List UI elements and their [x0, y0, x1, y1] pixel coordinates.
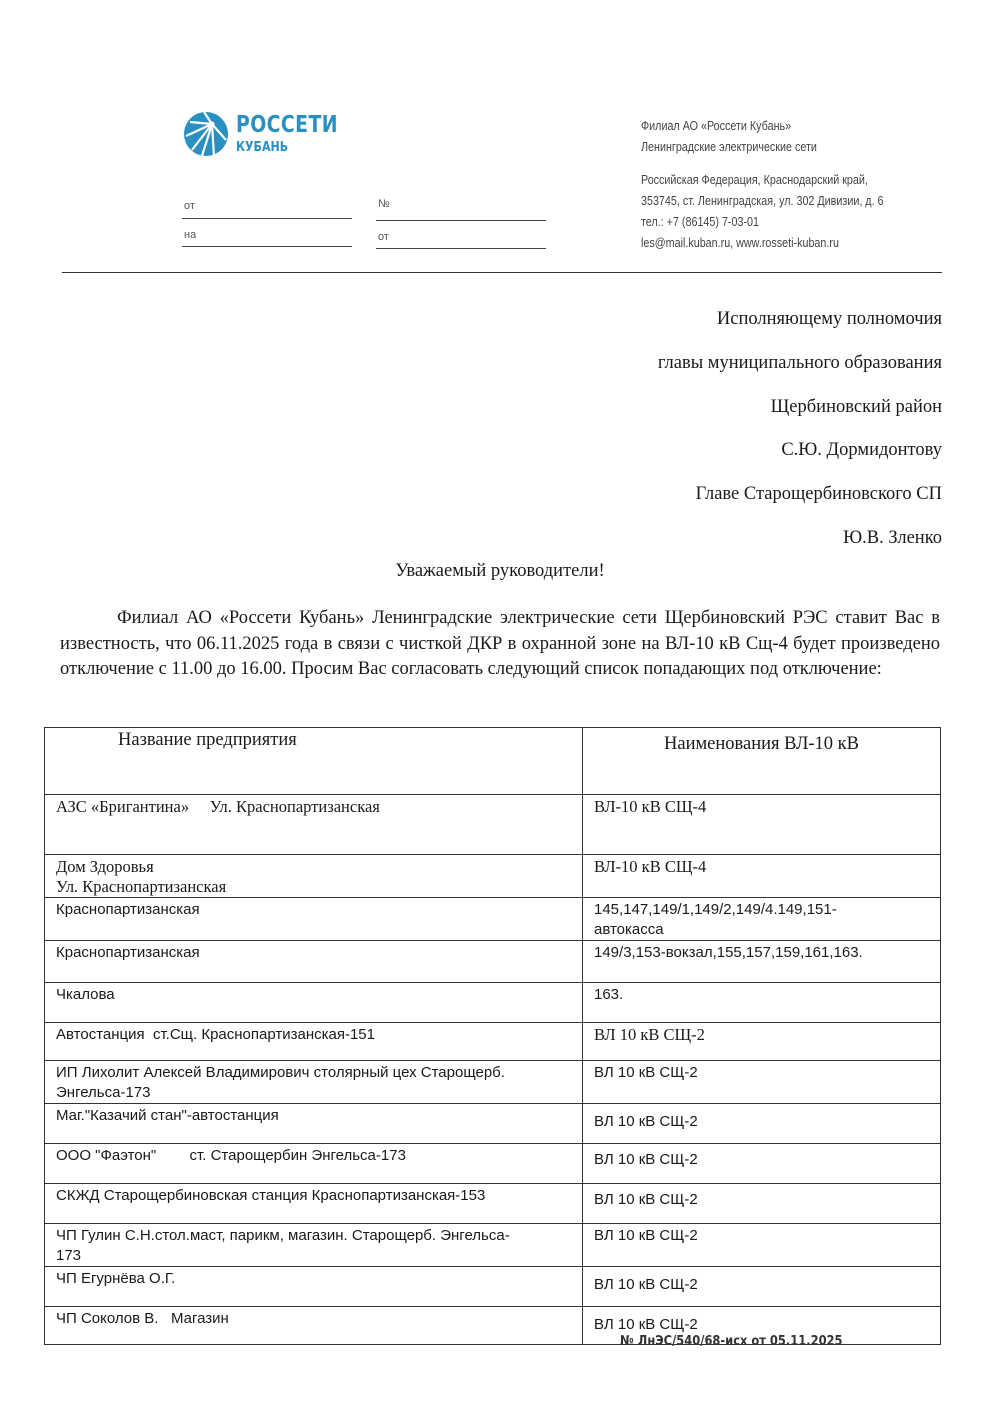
addressee-line: Щербиновский район	[658, 386, 942, 430]
cell-line: ВЛ 10 кВ СЩ-2	[583, 1144, 941, 1184]
org-address-1: Российская Федерация, Краснодарский край…	[641, 170, 884, 191]
cell-enterprise-line2: 173	[56, 1246, 571, 1266]
cell-enterprise: ЧП Гулин С.Н.стол.маст, парикм, магазин.…	[45, 1224, 583, 1267]
to-line	[182, 246, 352, 247]
registration-number-stamp: № ЛнЭС/540/68-исх от 05.11.2025	[620, 1333, 843, 1349]
table-row: ООО "Фаэтон" ст. Старощербин Энгельса-17…	[45, 1144, 941, 1184]
addressee-line: главы муниципального образования	[658, 342, 942, 386]
cell-line: ВЛ 10 кВ СЩ-2	[583, 1061, 941, 1104]
cell-enterprise-line1: Дом Здоровья	[56, 857, 571, 877]
addressee-line: Главе Старощербиновского СП	[658, 473, 942, 517]
cell-enterprise: Дом Здоровья Ул. Краснопартизанская	[45, 855, 583, 898]
addressee-line: Исполняющему полномочия	[658, 298, 942, 342]
table-row: ЧП Гулин С.Н.стол.маст, парикм, магазин.…	[45, 1224, 941, 1267]
cell-enterprise: Краснопартизанская	[45, 941, 583, 983]
cell-enterprise: Чкалова	[45, 983, 583, 1023]
cell-line: ВЛ-10 кВ СЩ-4	[583, 795, 941, 855]
table-row: Краснопартизанская 145,147,149/1,149/2,1…	[45, 898, 941, 941]
cell-line: ВЛ 10 кВ СЩ-2	[583, 1184, 941, 1224]
header-divider	[62, 272, 942, 273]
header-cell-enterprise: Название предприятия	[45, 728, 583, 795]
cell-line: 145,147,149/1,149/2,149/4.149,151- авток…	[583, 898, 941, 941]
rosseti-globe-icon	[182, 110, 230, 158]
table-row: Краснопартизанская 149/3,153-вокзал,155,…	[45, 941, 941, 983]
table-row: Маг."Казачий стан"-автостанция ВЛ 10 кВ …	[45, 1104, 941, 1144]
table-row: ЧП Егурнёва О.Г. ВЛ 10 кВ СЩ-2	[45, 1267, 941, 1307]
table-row: ИП Лихолит Алексей Владимирович столярны…	[45, 1061, 941, 1104]
number-label: №	[378, 198, 390, 210]
addressee-line: Ю.В. Зленко	[658, 517, 942, 561]
table-row: Автостанция ст.Сщ. Краснопартизанская-15…	[45, 1023, 941, 1061]
cell-line: ВЛ 10 кВ СЩ-2	[583, 1023, 941, 1061]
cell-enterprise: АЗС «Бригантина» Ул. Краснопартизанская	[45, 795, 583, 855]
cell-enterprise: Маг."Казачий стан"-автостанция	[45, 1104, 583, 1144]
cell-line: ВЛ 10 кВ СЩ-2	[583, 1104, 941, 1144]
cell-enterprise: ООО "Фаэтон" ст. Старощербин Энгельса-17…	[45, 1144, 583, 1184]
addressee-block: Исполняющему полномочия главы муниципаль…	[658, 298, 942, 561]
cell-enterprise-line2: Ул. Краснопартизанская	[56, 877, 571, 897]
org-phone: тел.: +7 (86145) 7-03-01	[641, 212, 884, 233]
cell-line: 149/3,153-вокзал,155,157,159,161,163.	[583, 941, 941, 983]
company-logo: РОССЕТИ КУБАНЬ	[182, 110, 360, 158]
outage-table: Название предприятия Наименования ВЛ-10 …	[44, 727, 941, 1345]
org-name: Филиал АО «Россети Кубань»	[641, 116, 884, 137]
logo-subtitle: КУБАНЬ	[236, 141, 342, 154]
table-row: СКЖД Старощербиновская станция Краснопар…	[45, 1184, 941, 1224]
cell-line: 163.	[583, 983, 941, 1023]
table-row: Дом Здоровья Ул. Краснопартизанская ВЛ-1…	[45, 855, 941, 898]
from-date-line	[182, 218, 352, 219]
logo-title: РОССЕТИ	[236, 114, 338, 137]
header-cell-line: Наименования ВЛ-10 кВ	[583, 728, 941, 795]
org-address-2: 353745, ст. Ленинградская, ул. 302 Дивиз…	[641, 191, 884, 212]
organization-info: Филиал АО «Россети Кубань» Ленинградские…	[641, 116, 884, 254]
cell-enterprise-line1: ИП Лихолит Алексей Владимирович столярны…	[56, 1063, 571, 1083]
to-label: на	[184, 229, 196, 241]
from2-label: от	[378, 231, 389, 243]
table-header-row: Название предприятия Наименования ВЛ-10 …	[45, 728, 941, 795]
cell-line-line1: 145,147,149/1,149/2,149/4.149,151-	[594, 900, 929, 920]
body-paragraph: Филиал АО «Россети Кубань» Ленинградские…	[60, 606, 940, 683]
addressee-line: С.Ю. Дормидонтову	[658, 429, 942, 473]
cell-enterprise: ИП Лихолит Алексей Владимирович столярны…	[45, 1061, 583, 1104]
cell-line-line2: автокасса	[594, 920, 929, 940]
org-contacts: les@mail.kuban.ru, www.rosseti-kuban.ru	[641, 233, 884, 254]
from2-line	[376, 248, 546, 249]
letter-page: РОССЕТИ КУБАНЬ от № на от Филиал АО «Рос…	[0, 0, 1000, 1413]
cell-line: ВЛ-10 кВ СЩ-4	[583, 855, 941, 898]
number-line	[376, 220, 546, 221]
cell-enterprise: СКЖД Старощербиновская станция Краснопар…	[45, 1184, 583, 1224]
cell-enterprise: ЧП Соколов В. Магазин	[45, 1307, 583, 1345]
greeting: Уважаемый руководители!	[0, 561, 1000, 582]
cell-enterprise: Автостанция ст.Сщ. Краснопартизанская-15…	[45, 1023, 583, 1061]
cell-line: ВЛ 10 кВ СЩ-2	[583, 1224, 941, 1267]
cell-enterprise-line2: Энгельса-173	[56, 1083, 571, 1103]
cell-enterprise: ЧП Егурнёва О.Г.	[45, 1267, 583, 1307]
from-date-label: от	[184, 200, 195, 212]
cell-line: ВЛ 10 кВ СЩ-2	[583, 1267, 941, 1307]
cell-enterprise-line1: ЧП Гулин С.Н.стол.маст, парикм, магазин.…	[56, 1226, 571, 1246]
table-row: АЗС «Бригантина» Ул. Краснопартизанская …	[45, 795, 941, 855]
org-division: Ленинградские электрические сети	[641, 137, 884, 158]
cell-enterprise: Краснопартизанская	[45, 898, 583, 941]
table-row: Чкалова 163.	[45, 983, 941, 1023]
